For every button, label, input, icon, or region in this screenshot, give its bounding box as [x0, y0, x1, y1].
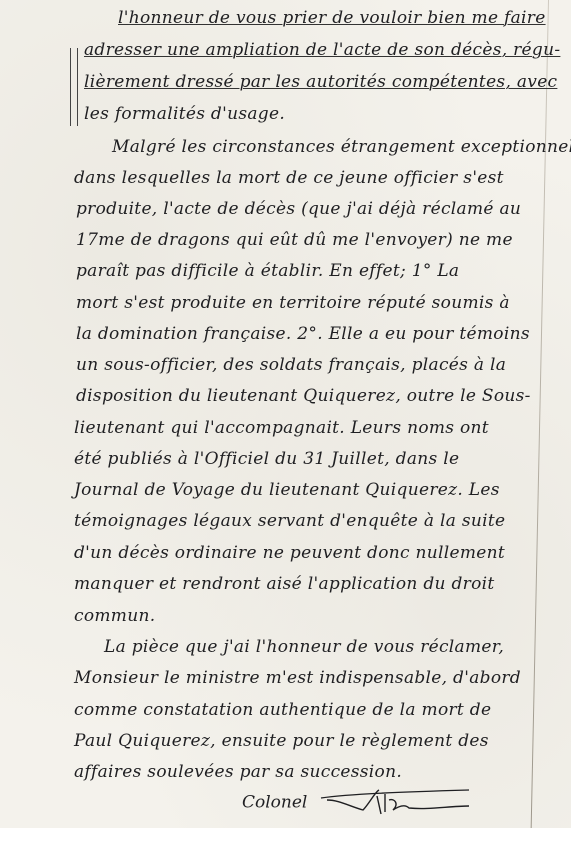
text-line: produite, l'acte de décès (que j'ai déjà…	[76, 199, 521, 219]
margin-bracket	[70, 48, 78, 126]
text-line: Malgré les circonstances étrangement exc…	[112, 137, 571, 157]
text-line: l'honneur de vous prier de vouloir bien …	[118, 8, 546, 28]
text-line: un sous-officier, des soldats français, …	[76, 355, 506, 375]
text-line: lieutenant qui l'accompagnait. Leurs nom…	[74, 418, 489, 438]
scan-bottom-margin	[0, 828, 571, 842]
text-line: été publiés à l'Officiel du 31 Juillet, …	[74, 449, 459, 469]
text-line: les formalités d'usage.	[84, 104, 285, 124]
text-line: La pièce que j'ai l'honneur de vous récl…	[104, 637, 504, 657]
page-edge-line	[531, 0, 549, 830]
text-line: Monsieur le ministre m'est indispensable…	[74, 668, 521, 688]
text-line: mort s'est produite en territoire réputé…	[76, 293, 510, 313]
text-line: la domination française. 2°. Elle a eu p…	[76, 324, 530, 344]
text-line: 17me de dragons qui eût dû me l'envoyer)…	[76, 230, 513, 250]
text-line: Paul Quiquerez, ensuite pour le règlemen…	[74, 731, 489, 751]
text-line: disposition du lieutenant Quiquerez, out…	[76, 386, 531, 406]
text-line: affaires soulevées par sa succession.	[74, 762, 402, 782]
text-line: Journal de Voyage du lieutenant Quiquere…	[74, 480, 500, 500]
letter-page: l'honneur de vous prier de vouloir bien …	[0, 0, 571, 842]
signature-title: Colonel	[242, 793, 307, 813]
signature-block: Colonel	[242, 786, 489, 820]
text-line: témoignages légaux servant d'enquête à l…	[74, 511, 505, 531]
text-line: comme constatation authentique de la mor…	[74, 700, 491, 720]
text-line: dans lesquelles la mort de ce jeune offi…	[74, 168, 504, 188]
signature-flourish-icon	[319, 786, 489, 820]
text-line: paraît pas difficile à établir. En effet…	[76, 261, 459, 281]
text-line: commun.	[74, 606, 155, 626]
text-line: manquer et rendront aisé l'application d…	[74, 574, 495, 594]
text-line: lièrement dressé par les autorités compé…	[84, 72, 557, 92]
text-line: d'un décès ordinaire ne peuvent donc nul…	[74, 543, 505, 563]
text-line: adresser une ampliation de l'acte de son…	[84, 40, 560, 60]
